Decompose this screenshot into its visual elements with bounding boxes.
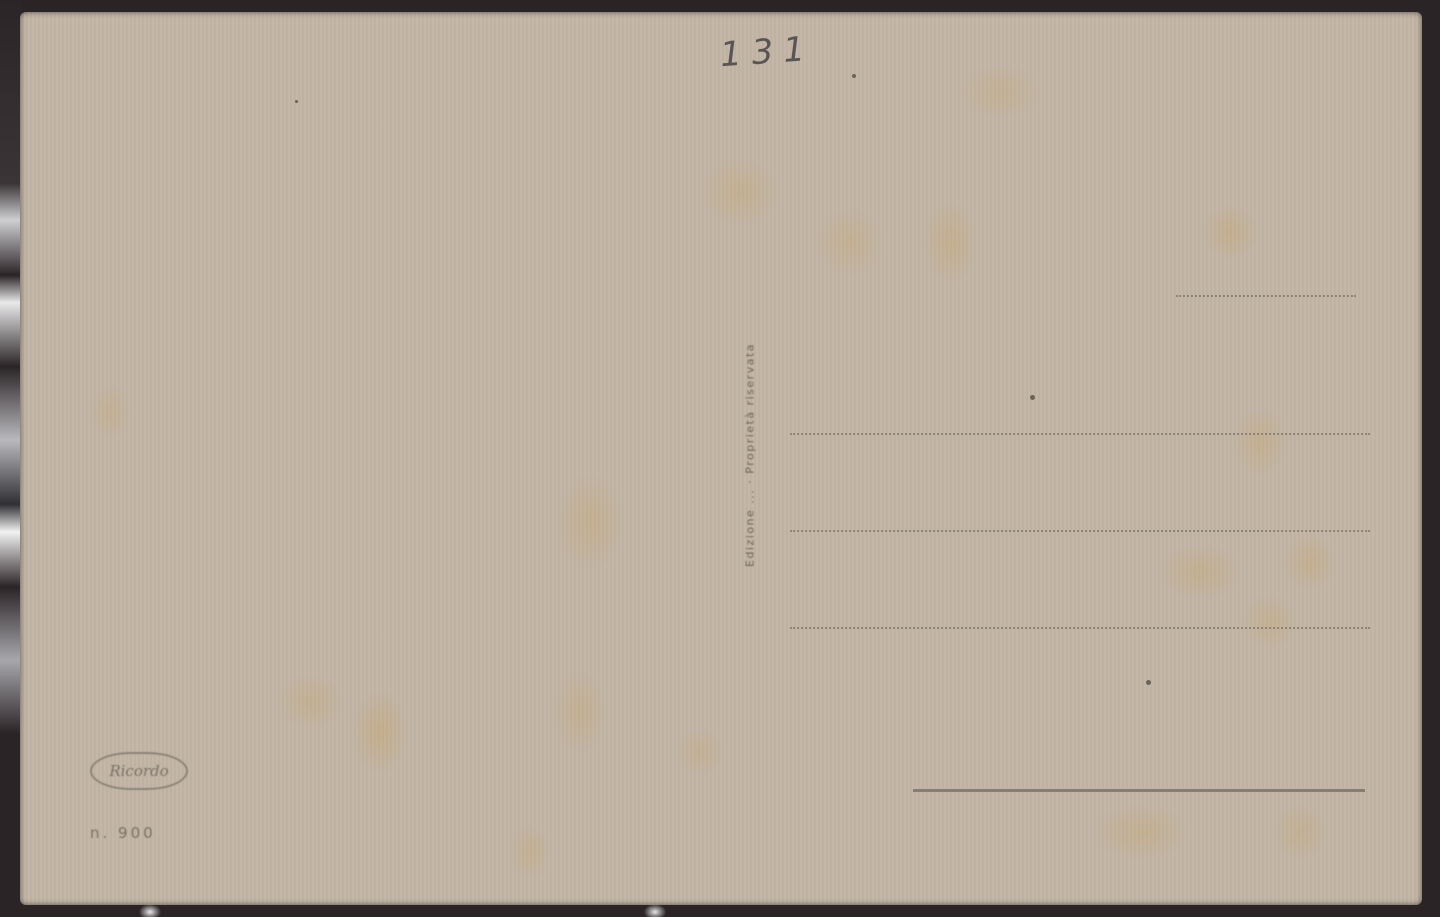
stamp-area (1176, 102, 1356, 292)
address-line-3 (790, 627, 1370, 629)
address-line-1 (790, 433, 1370, 435)
ink-speck (1030, 395, 1035, 400)
handwritten-number: 131 (719, 29, 816, 76)
address-line-2 (790, 530, 1370, 532)
address-line-4 (913, 789, 1365, 792)
catalog-number: n. 900 (90, 824, 156, 842)
stamp-area-dotted-line (1176, 295, 1356, 297)
background-glare (130, 900, 690, 917)
postcard-back: 131 Edizione ... · Proprietà riservata R… (20, 12, 1422, 905)
ink-speck (295, 100, 298, 103)
ink-speck (1146, 680, 1151, 685)
publisher-logo: Ricordo (90, 752, 188, 790)
ink-speck (852, 74, 856, 78)
dark-background (0, 0, 22, 917)
vertical-divider-credit: Edizione ... · Proprietà riservata (743, 202, 757, 707)
printer-credit-text: Edizione ... · Proprietà riservata (744, 343, 757, 567)
